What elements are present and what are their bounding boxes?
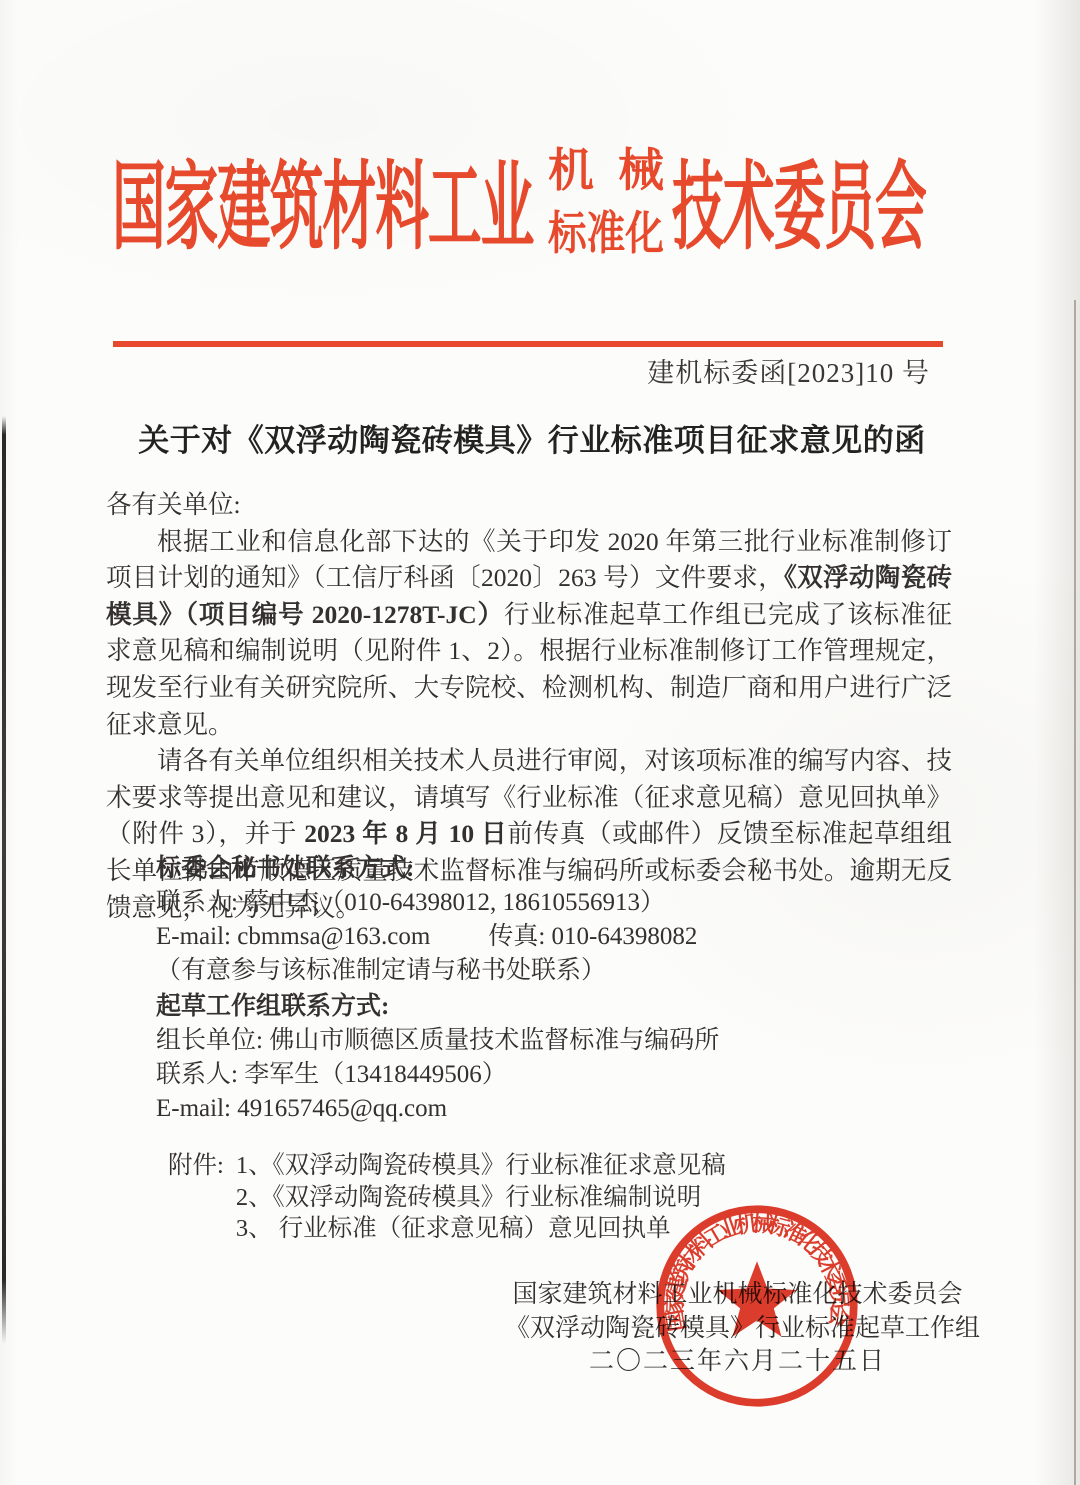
org-name-part2: 技术委员会 [672,160,926,256]
paragraph-1: 根据工业和信息化部下达的《关于印发 2020 年第三批行业标准制修订项目计划的通… [106,524,952,744]
secretariat-heading: 标委会秘书处联系方式: [156,852,697,886]
secretariat-contact-person: 联系人: 蔡中杰（010-64398012, 18610556913） [156,886,697,920]
attachments-label: 附件: [168,1150,224,1245]
secretariat-fax: 传真: 010-64398082 [488,923,697,950]
official-seal: 国家建筑材料工业机械标准化技术委员会 [653,1202,861,1410]
drafting-contact-person: 联系人: 李军生（13418449506） [156,1058,719,1092]
secretariat-note: （有意参与该标准制定请与秘书处联系） [156,954,697,988]
org-name-stacked: 机 械 标准化 [548,148,664,260]
secretariat-contact-block: 标委会秘书处联系方式: 联系人: 蔡中杰（010-64398012, 18610… [156,852,697,988]
drafting-leader-unit: 组长单位: 佛山市顺德区质量技术监督标准与编码所 [156,1024,719,1058]
org-name-standardization: 标准化 [548,211,645,257]
salutation: 各有关单位: [106,487,952,524]
org-name-char-xie: 械 [618,148,664,194]
document-title: 关于对《双浮动陶瓷砖模具》行业标准项目征求意见的函 [0,415,1064,460]
drafting-heading: 起草工作组联系方式: [156,990,719,1024]
seal-star-icon [717,1261,796,1336]
document-number: 建机标委函[2023]10 号 [647,351,930,390]
scan-artifact-right-line [1074,300,1076,1485]
org-name-char-ji: 机 [548,148,594,194]
secretariat-email-fax-line: E-mail: cbmmsa@163.com传真: 010-64398082 [156,920,697,954]
document-page: 国家建筑材料工业 机 械 标准化 技术委员会 建机标委函[2023]10 号 关… [0,0,1080,1485]
attachments-block: 附件: 1、《双浮动陶瓷砖模具》行业标准征求意见稿 2、《双浮动陶瓷砖模具》行业… [168,1150,726,1245]
secretariat-email: E-mail: cbmmsa@163.com [156,923,430,950]
scan-artifact-left-line [2,416,6,1344]
org-name-part1: 国家建筑材料工业 [112,160,533,256]
letterhead: 国家建筑材料工业 机 械 标准化 技术委员会 [112,146,952,276]
attachment-item-1: 1、《双浮动陶瓷砖模具》行业标准征求意见稿 [236,1150,726,1182]
drafting-group-contact-block: 起草工作组联系方式: 组长单位: 佛山市顺德区质量技术监督标准与编码所 联系人:… [156,990,719,1126]
org-name-stacked-top: 机 械 [548,148,664,194]
red-divider-rule [113,341,943,347]
drafting-email: E-mail: 491657465@qq.com [156,1092,719,1126]
paragraph-2-seg2-bold: 2023 年 8 月 10 日 [304,819,507,848]
